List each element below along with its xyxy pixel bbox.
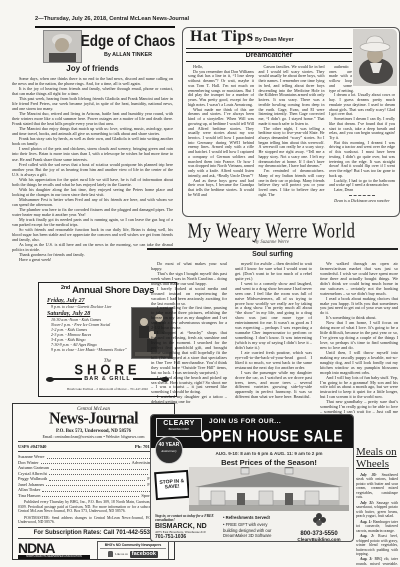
paragraph: Later, Dean (329, 188, 395, 193)
paragraph: I shopped at “beachy” shops that focused… (151, 331, 227, 375)
paragraph: myself for awhile – then decided to wait… (235, 262, 312, 282)
masthead-logos: NDNA NORTH DAKOTA NEWSPAPER ASSOCIATION … (18, 541, 169, 560)
paragraph: Fred called with the sad news that a bou… (12, 162, 173, 177)
badge-years: 40 YEAR (156, 443, 182, 449)
bullet-free-gift: • FREE GIFT with every building designed… (223, 522, 283, 538)
partner-logo: ••• (175, 541, 183, 542)
paragraph: I send photos of the pets and chickens, … (12, 146, 173, 161)
consult-line: Stop in, or contact us today for a FREE … (155, 514, 217, 522)
dotted-leader (49, 476, 145, 481)
paragraph: Until then, I will throw myself into mak… (320, 351, 398, 376)
ad-local-phone: 701-751-1036 (155, 534, 217, 540)
masthead-postmaster: POSTMASTER: Send address changes to Cent… (18, 516, 169, 525)
paragraph: I dream a lot. Usually about cows or hay… (329, 93, 395, 117)
divider (349, 195, 375, 196)
paragraph: I barely looked at social media and focu… (151, 287, 227, 307)
page-header: 2—Thursday, July 26, 2018, Central McLea… (35, 16, 189, 22)
meal-date: July 30: (360, 473, 377, 477)
ndna-logo-text: NDNA (18, 541, 90, 555)
article-headline: Joy of friends (12, 64, 173, 73)
paragraph: Carson families. We would lie in bed and… (259, 65, 325, 127)
ad-dates: AUG. 9-10: 8 am to 6 pm & AUG. 11: 9 am … (187, 451, 351, 456)
divider (18, 527, 169, 528)
meal-date: Aug. 1: (360, 520, 372, 524)
subscription-line: For Subscription Rates: Call 701-442-553… (18, 530, 169, 536)
paragraph: I’m reminded of dreamcatchers. Many of m… (259, 169, 325, 197)
paragraph: And as these boys grew and had their own… (188, 179, 254, 198)
paragraph: I went to a comedy show and laughed, and… (235, 282, 312, 351)
paragraph: What made me think of this are dreams an… (188, 108, 254, 179)
paragraph: Do you remember that Don Williams song t… (188, 70, 254, 108)
dotted-leader (51, 465, 148, 470)
meal-date: Aug. 3: (360, 557, 373, 561)
oar-left-icon (48, 378, 82, 380)
meals-title-line1: Meals on (356, 446, 397, 458)
article-headline: Soul surfing (147, 251, 398, 258)
friday-schedule: 9 p.m. to close - Garrett Docktor Live (51, 304, 133, 309)
dotted-leader (47, 454, 157, 459)
meal-date: July 31: (360, 501, 374, 505)
author-footer: Dean is a Dickinson area rancher (329, 199, 395, 204)
anniversary-badge: 40 YEAR Anniversary (155, 436, 183, 464)
column-byline: By ALLAN TINKER (80, 52, 176, 58)
meals-title: Meals on Wheels (356, 446, 398, 470)
cleary-ad: CLEARY BUILDING CORP. 40 YEAR Anniversar… (150, 414, 354, 542)
divider (18, 451, 169, 452)
text-column-3: authentic ones are made with a willow lo… (329, 65, 395, 212)
ndna-logo-subtext: NORTH DAKOTA NEWSPAPER ASSOCIATION (18, 555, 90, 559)
meal-item: Aug. 2: Roast beef, whipped potato with … (356, 534, 398, 556)
text-column-1: Hello,Do you remember that Don Williams … (188, 65, 254, 212)
text-column-2: myself for awhile – then decided to wait… (235, 262, 312, 412)
column-byline: By Suzanne Werre (145, 240, 398, 245)
column-byline: By Dean Meyer (255, 37, 294, 43)
partner-logo: ••• (185, 541, 193, 542)
paragraph: I walked along the beach and picked up s… (151, 376, 227, 396)
like-us-label: Like us on (115, 552, 128, 556)
paragraph: I went sailing for the first time, pausi… (151, 306, 227, 331)
column-title: Edge of Chaos (80, 32, 176, 49)
dotted-leader (41, 460, 130, 465)
facebook-row: Like us on facebook (100, 551, 166, 558)
masthead-contact: Email: centralmclean@westriv.com • Websi… (18, 434, 169, 439)
masthead-legal: Published every Thursday by BHG, Inc., P… (18, 500, 169, 514)
paragraph: The Mancini duo, retired and living in A… (12, 111, 173, 126)
ad-website: ClearyBuilding.com (289, 537, 349, 542)
paragraph: The other night, I was telling a bedtime… (259, 127, 325, 170)
ad-edition: 2nd (61, 285, 70, 291)
divider (147, 248, 398, 250)
column-title: Hat Tips (190, 28, 253, 46)
divider (18, 441, 169, 442)
meal-item: July 31: Sausage with sauerkraut, whippe… (356, 501, 398, 519)
ad-kicker: JOIN US FOR OUR... (209, 418, 349, 425)
ad-bullets: • Refreshments Served! • FREE GIFT with … (223, 515, 283, 538)
paragraph: 9 p.m. to close - Garrett Docktor Live (51, 304, 133, 309)
featuring-row: FEATURING ••• ••• (155, 541, 217, 542)
text-column-1: Do most of what makes your soul happy.Th… (151, 262, 227, 412)
dotted-leader (49, 471, 148, 476)
paragraph: Midsummer Fest is better when Fred and a… (12, 197, 173, 207)
paragraph: It is the joy of hearing from friends an… (12, 86, 173, 96)
meal-text: Smothered steak with onions, baked potat… (356, 473, 398, 499)
thumbs-up-icon (108, 551, 113, 557)
building-photo (189, 467, 349, 511)
paragraph: Sometimes I dream I can fly. I really li… (329, 117, 395, 141)
meal-item: Aug. 1: Hamburger tater tot casserole, b… (356, 520, 398, 533)
badge-label: Anniversary (156, 449, 182, 453)
masthead-name: News-Journal (18, 409, 169, 428)
clover-logo-icon (313, 513, 326, 526)
text-column-2: Carson families. We would lie in bed and… (259, 65, 325, 212)
paragraph: With his appreciation for the quiet rura… (12, 177, 173, 187)
dotted-leader (42, 493, 139, 498)
columnist-photo (43, 30, 82, 63)
article-headline: Dreamcatcher (186, 52, 352, 59)
paragraph: I read a book about making choices that … (320, 297, 398, 317)
photo-spacer (354, 65, 395, 87)
paragraph: We walked through an open air farmers/ar… (320, 262, 398, 297)
ad-phone-block: 800-373-5550 ClearyBuilding.com (289, 513, 349, 542)
facebook-box-title: BHG's ND Community Newspapers (100, 543, 166, 549)
meals-title-line2: Wheels (356, 458, 389, 470)
ad-contact-block: Stop in, or contact us today for a FREE … (155, 514, 217, 542)
paragraph: The plumber was here to fix the corroded… (12, 207, 173, 217)
ad-city: BISMARCK, ND (155, 523, 217, 530)
stop-in-save-badge: STOP IN & SAVE! (154, 470, 190, 500)
ad-tagline: Best Prices of the Season! (187, 458, 351, 467)
paragraph: I ate curried fresh poutine, which was e… (235, 351, 312, 371)
usps-number: USPS #047040 (18, 444, 46, 449)
divider (186, 61, 352, 62)
meal-item: July 30: Smothered steak with onions, ba… (356, 473, 398, 500)
dotted-leader (46, 482, 145, 487)
paragraph: Now that I am home, I will focus on doin… (320, 321, 398, 351)
meal-item: Aug. 3: BBQ rib, tater rounds, mixed veg… (356, 557, 398, 565)
ad-title: OPEN HOUSE SALE (193, 426, 351, 445)
paragraph: 9 p.m. to close - Live Music “Moments No… (51, 347, 133, 352)
article-body: Hello,Do you remember that Don Williams … (188, 65, 395, 212)
dotted-leader (42, 487, 151, 492)
ndna-logo: NDNA NORTH DAKOTA NEWSPAPER ASSOCIATION (18, 541, 90, 559)
bullet-refreshments: • Refreshments Served! (223, 515, 283, 520)
facebook-box: BHG's ND Community Newspapers Like us on… (97, 541, 169, 560)
meals-menu: July 30: Smothered steak with onions, ba… (356, 473, 398, 565)
saturday-schedule: 10:30 a.m.-Noon - Kids GamesNoon-1 p.m. … (51, 317, 133, 352)
hat-tips-box: Hat Tips By Dean Meyer Dreamcatcher Hell… (182, 27, 400, 217)
paragraph: Frank has stray cats by herds, as well a… (12, 136, 173, 146)
ad-title-text: Annual Shore Days (72, 285, 154, 296)
header-rule (35, 26, 175, 28)
paragraph: I watched my daughter get a tattoo – deb… (151, 395, 227, 405)
divider (18, 538, 169, 539)
paragraph: That’s the sign I bought myself this pas… (151, 272, 227, 287)
usps-phone-row: USPS #047040 Ph: 701-442-5535 (18, 444, 169, 449)
staff-row: Tina HansonSports Reporter (18, 493, 169, 499)
facebook-logo: facebook (130, 551, 158, 558)
paragraph: Some days, when one thinks there is no e… (12, 76, 173, 86)
meal-date: Aug. 2: (360, 534, 374, 538)
paragraph: I was the passenger while my daughter dr… (235, 371, 312, 401)
paragraph: But this morning, I dreamt I was driving… (329, 141, 395, 179)
staff-name: Tina Hanson (18, 493, 40, 499)
newspaper-page: 2—Thursday, July 26, 2018, Central McLea… (0, 0, 400, 567)
paragraph: And I will buy lots of fun baby stuff. Y… (320, 376, 398, 401)
paragraph: The Mancini duo enjoy things that match … (12, 126, 173, 136)
paragraph: This past week, hearing from both lifelo… (12, 96, 173, 111)
paragraph: With his daughter along the last time, t… (12, 187, 173, 197)
